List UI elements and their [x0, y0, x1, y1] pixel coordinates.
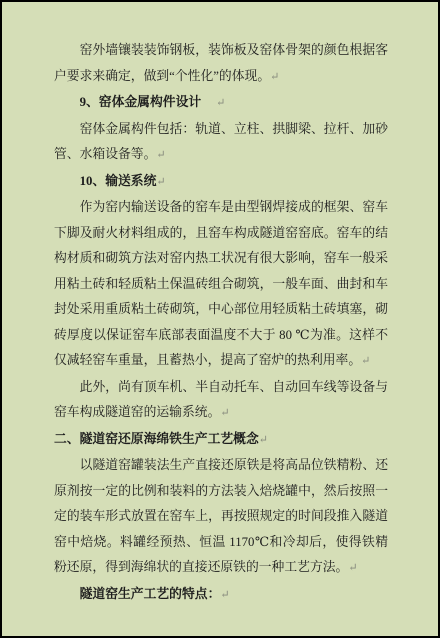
paragraph-mark-icon: ↵ — [259, 434, 268, 446]
paragraph-mark-icon: ↵ — [361, 355, 370, 367]
paragraph-text: 二、隧道窑还原海绵铁生产工艺概念 — [54, 432, 259, 446]
heading: 9、窑体金属构件设计↵ — [54, 90, 388, 117]
document-body: 窑外墙镶装装饰钢板，装饰板及窑体骨架的颜色根据客户要求来确定，做到“个性化”的体… — [54, 38, 388, 608]
paragraph: 窑外墙镶装装饰钢板，装饰板及窑体骨架的颜色根据客户要求来确定，做到“个性化”的体… — [54, 38, 388, 90]
paragraph-mark-icon: ↵ — [220, 407, 229, 419]
document-page: 窑外墙镶装装饰钢板，装饰板及窑体骨架的颜色根据客户要求来确定，做到“个性化”的体… — [0, 0, 440, 638]
paragraph-text: 以隧道窑罐装法生产直接还原铁是将高品位铁精粉、还原剂按一定的比例和装料的方法装入… — [54, 458, 388, 574]
paragraph: 作为窑内输送设备的窑车是由型钢焊接成的框架、窑车下脚及耐火材料组成的，且窑车构成… — [54, 195, 388, 375]
paragraph-text: 隧道窑生产工艺的特点： — [80, 587, 221, 601]
heading: 10、输送系统↵ — [54, 169, 388, 196]
heading: 二、隧道窑还原海绵铁生产工艺概念↵ — [54, 427, 388, 454]
paragraph: 此外，尚有顶车机、半自动托车、自动回车线等设备与窑车构成隧道窑的运输系统。↵ — [54, 375, 388, 427]
paragraph-mark-icon: ↵ — [270, 71, 279, 83]
paragraph-mark-icon: ↵ — [348, 562, 357, 574]
heading: 隧道窑生产工艺的特点：↵ — [54, 582, 388, 609]
paragraph-text: 10、输送系统 — [80, 174, 157, 188]
paragraph-text: 9、窑体金属构件设计 — [80, 95, 202, 109]
paragraph: 以隧道窑罐装法生产直接还原铁是将高品位铁精粉、还原剂按一定的比例和装料的方法装入… — [54, 453, 388, 582]
paragraph-mark-icon: ↵ — [216, 97, 225, 109]
paragraph-text: 作为窑内输送设备的窑车是由型钢焊接成的框架、窑车下脚及耐火材料组成的，且窑车构成… — [54, 200, 388, 367]
paragraph-mark-icon: ↵ — [156, 176, 165, 188]
paragraph-text: 窑外墙镶装装饰钢板，装饰板及窑体骨架的颜色根据客户要求来确定，做到“个性化”的体… — [54, 43, 388, 83]
paragraph-text: 窑体金属构件包括：轨道、立柱、拱脚梁、拉杆、加砂管、水箱设备等。 — [54, 122, 388, 162]
paragraph-mark-icon: ↵ — [220, 589, 229, 601]
paragraph-mark-icon: ↵ — [156, 149, 165, 161]
paragraph: 窑体金属构件包括：轨道、立柱、拱脚梁、拉杆、加砂管、水箱设备等。↵ — [54, 117, 388, 169]
